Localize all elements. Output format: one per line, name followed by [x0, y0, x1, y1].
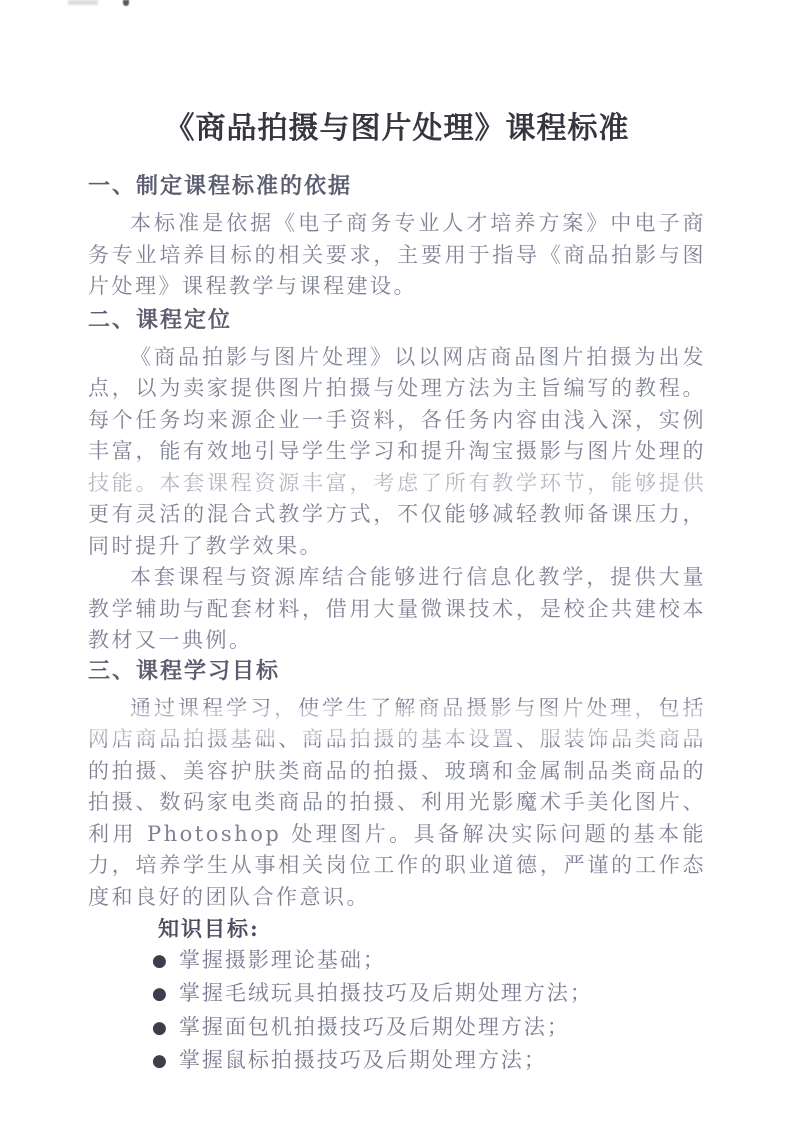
scanned-document-page: 《商品拍摄与图片处理》课程标准 一、制定课程标准的依据 本标准是依据《电子商务专… [0, 0, 792, 1129]
section-heading-2: 二、课程定位 [88, 306, 706, 336]
section-2-paragraph-2: 本套课程与资源库结合能够进行信息化教学，提供大量教学辅助与配套材料，借用大量微课… [88, 562, 706, 657]
knowledge-goals-list: ● 掌握摄影理论基础； ● 掌握毛绒玩具拍摄技巧及后期处理方法； ● 掌握面包机… [88, 945, 706, 1079]
list-item: ● 掌握鼠标拍摄技巧及后期处理方法； [88, 1045, 706, 1079]
list-item-text: 掌握面包机拍摄技巧及后期处理方法； [179, 1012, 570, 1044]
list-item: ● 掌握摄影理论基础； [88, 945, 706, 979]
document-content: 《商品拍摄与图片处理》课程标准 一、制定课程标准的依据 本标准是依据《电子商务专… [88, 0, 706, 1079]
section-3-paragraph-1: 通过课程学习，使学生了解商品摄影与图片处理，包括网店商品拍摄基础、商品拍摄的基本… [88, 693, 706, 914]
list-item: ● 掌握面包机拍摄技巧及后期处理方法； [88, 1012, 706, 1046]
bullet-icon: ● [152, 946, 169, 978]
list-item-text: 掌握摄影理论基础； [179, 945, 386, 977]
section-1-paragraph-1: 本标准是依据《电子商务专业人才培养方案》中电子商务专业培养目标的相关要求，主要用… [88, 208, 706, 303]
list-item: ● 掌握毛绒玩具拍摄技巧及后期处理方法； [88, 978, 706, 1012]
bullet-icon: ● [152, 979, 169, 1011]
section-heading-3: 三、课程学习目标 [88, 657, 706, 687]
bullet-icon: ● [152, 1046, 169, 1078]
list-item-text: 掌握毛绒玩具拍摄技巧及后期处理方法； [179, 978, 593, 1010]
document-title: 《商品拍摄与图片处理》课程标准 [88, 108, 706, 150]
section-2-paragraph-1: 《商品拍影与图片处理》以以网店商品图片拍摄为出发点，以为卖家提供图片拍摄与处理方… [88, 342, 706, 563]
knowledge-goals-subheading: 知识目标: [88, 913, 706, 945]
list-item-text: 掌握鼠标拍摄技巧及后期处理方法； [179, 1045, 547, 1077]
bullet-icon: ● [152, 1013, 169, 1045]
section-heading-1: 一、制定课程标准的依据 [88, 172, 706, 202]
